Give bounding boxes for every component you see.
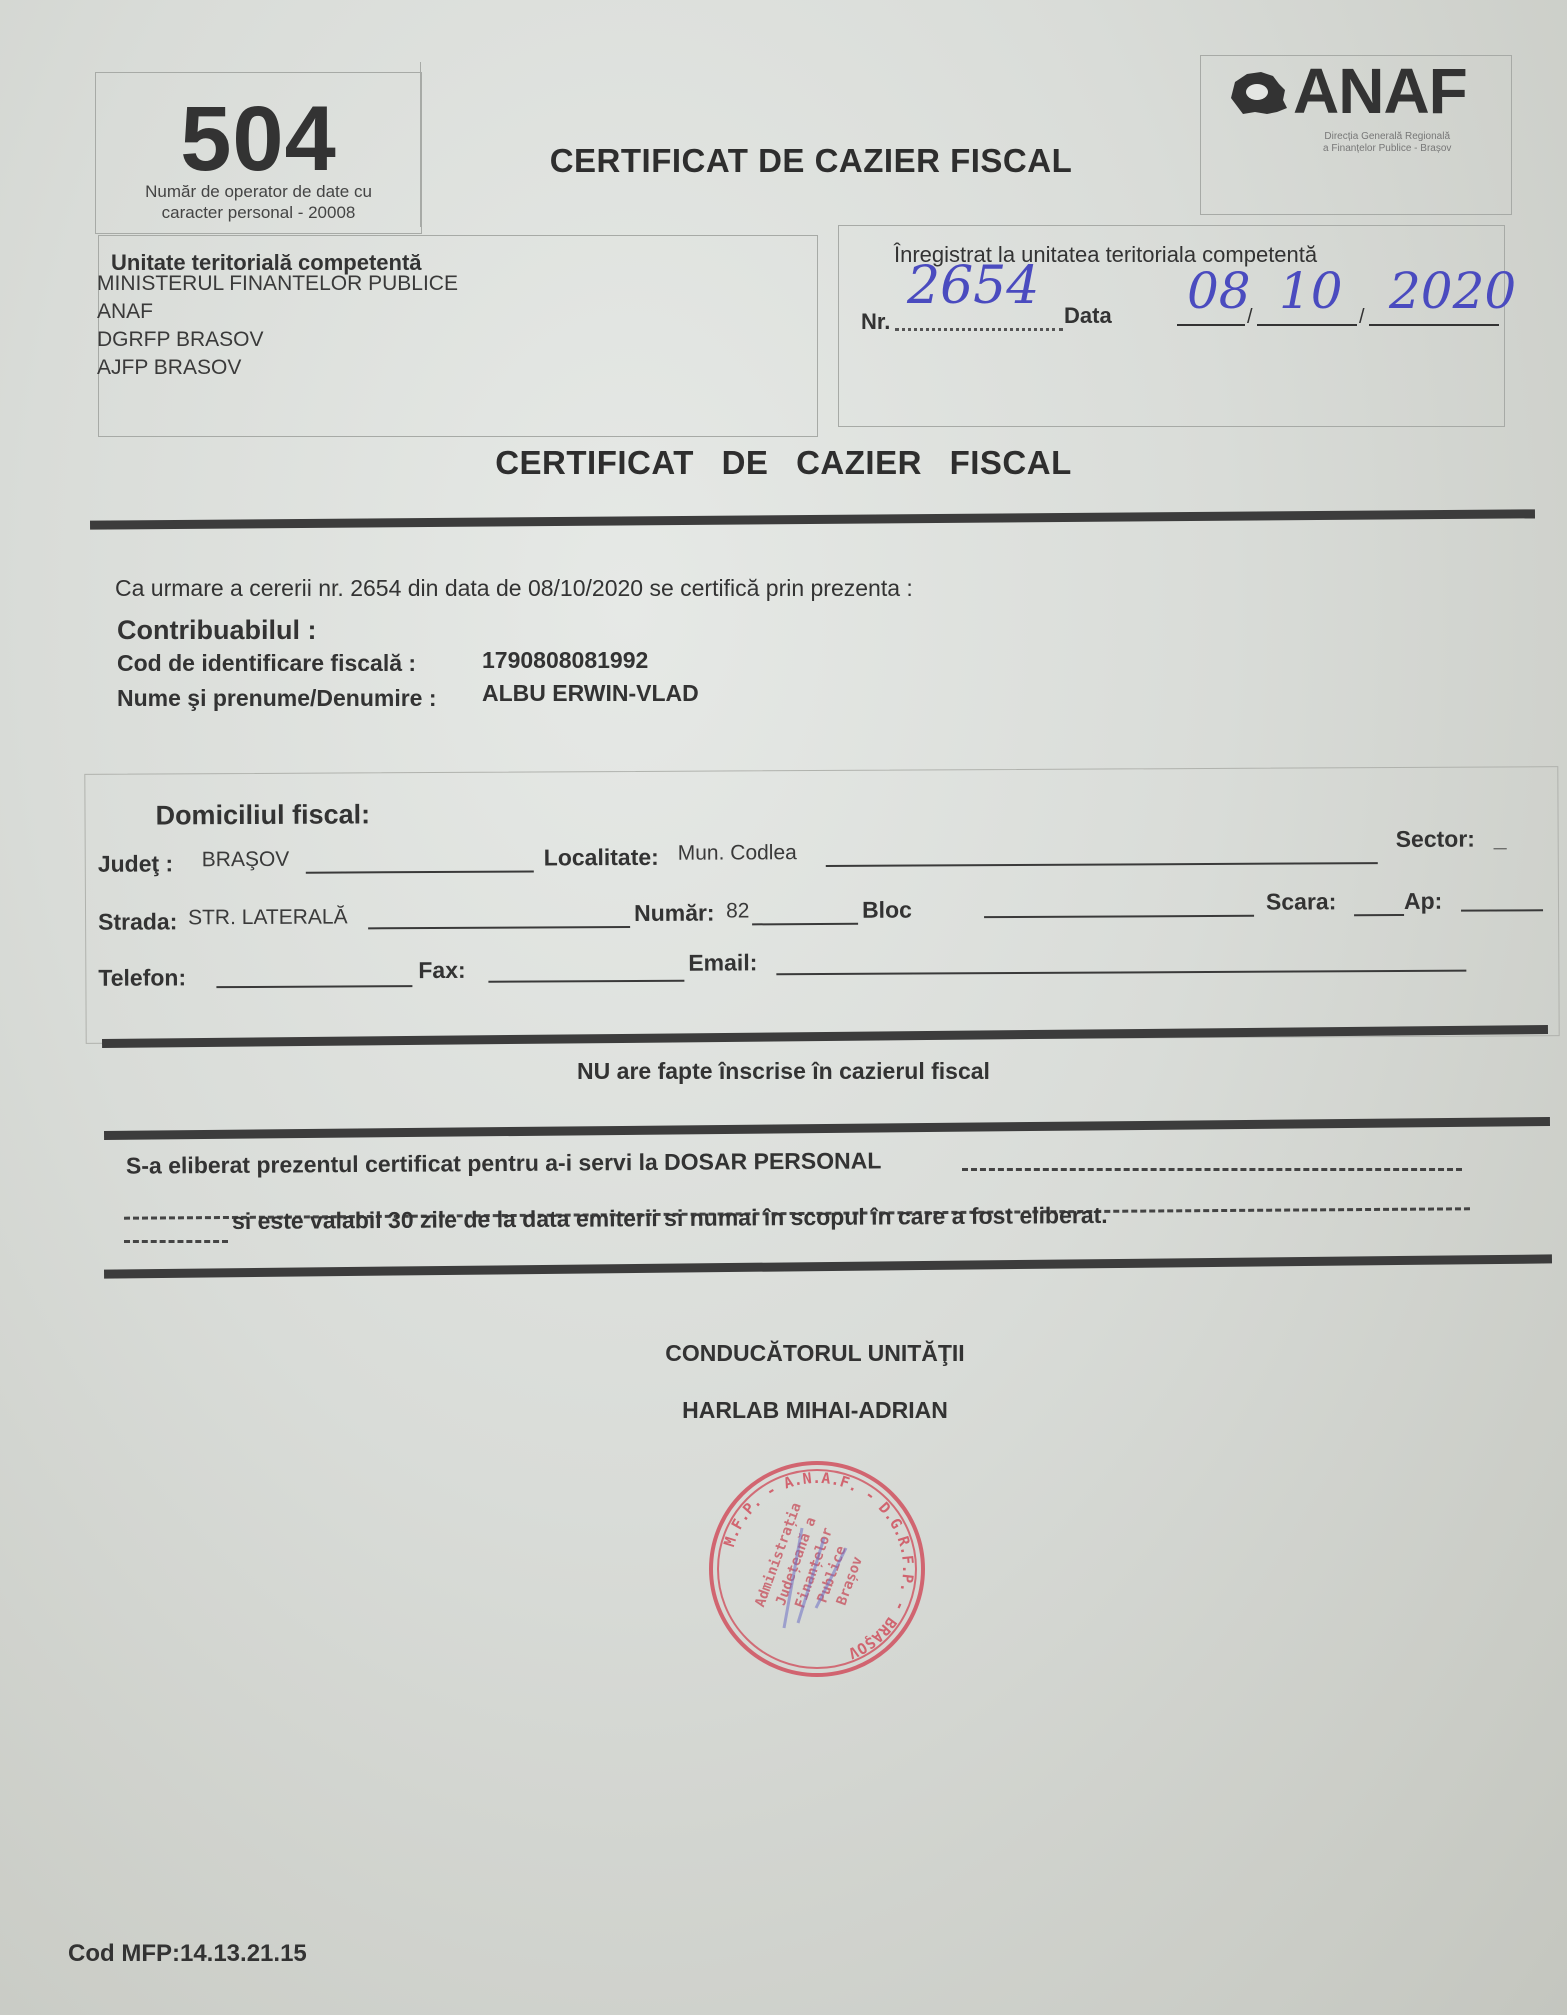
sector-label: Sector:: [1396, 826, 1475, 853]
unit-line: AJFP BRASOV: [97, 356, 241, 380]
divider-bar: [104, 1117, 1550, 1140]
strada-line: [368, 926, 630, 929]
registration-date-label: Data: [1064, 303, 1112, 329]
official-stamp-icon: M.F.P. - A.N.A.F. - D.G.R.F.P. - BRAŞOV …: [706, 1458, 928, 1680]
taxpayer-name-label: Nume şi prenume/Denumire :: [117, 685, 437, 712]
divider-bar: [104, 1254, 1552, 1278]
judet-label: Judeţ :: [98, 850, 174, 877]
scara-label: Scara:: [1266, 888, 1336, 915]
anaf-logo-subtitle: Direcția Generală Regională a Finanțelor…: [1323, 131, 1451, 155]
fax-label: Fax:: [418, 957, 465, 984]
header-title-box: CERTIFICAT DE CAZIER FISCAL: [420, 62, 1201, 227]
logo-subtitle-line1: Direcția Generală Regională: [1323, 131, 1451, 143]
bloc-line: [984, 915, 1254, 918]
numar-line: [752, 923, 858, 926]
registration-date-day-handwritten: 08: [1187, 262, 1251, 320]
date-month-line: [1257, 322, 1357, 326]
registration-nr-label: Nr.: [861, 309, 890, 335]
numar-label: Număr:: [634, 900, 715, 927]
certificate-title: CERTIFICAT DE CAZIER FISCAL: [0, 444, 1567, 482]
operator-caption: Număr de operator de date cu caracter pe…: [96, 181, 421, 223]
anaf-logo-box: ANAF Direcția Generală Regională a Finan…: [1200, 55, 1512, 215]
judet-line: [306, 871, 534, 874]
fax-line: [488, 980, 684, 983]
registration-nr-handwritten: 2654: [907, 256, 1039, 316]
unit-line: ANAF: [97, 300, 153, 324]
purpose-line-2: si este valabil 30 zile de la data emite…: [232, 1202, 1108, 1235]
operator-caption-line1: Număr de operator de date cu: [96, 181, 421, 202]
operator-number: 504: [96, 87, 421, 192]
purpose-line-1: S-a eliberat prezentul certificat pentru…: [126, 1147, 882, 1179]
strada-label: Strada:: [98, 908, 177, 935]
request-statement: Ca urmare a cererii nr. 2654 din data de…: [115, 575, 913, 602]
ap-label: Ap:: [1404, 888, 1442, 915]
unit-line: DGRFP BRASOV: [97, 328, 263, 352]
numar-value: 82: [726, 899, 749, 923]
taxpayer-name-value: ALBU ERWIN-VLAD: [482, 680, 699, 707]
signatory-name: HARLAB MIHAI-ADRIAN: [0, 1397, 1567, 1424]
localitate-label: Localitate:: [544, 844, 659, 872]
divider-bar: [90, 509, 1535, 529]
contributor-title: Contribuabilul :: [117, 615, 316, 646]
operator-number-box: 504 Număr de operator de date cu caracte…: [95, 72, 422, 234]
date-day-line: [1177, 322, 1245, 326]
ap-line: [1461, 909, 1543, 911]
anaf-logo-text: ANAF: [1293, 54, 1467, 128]
telefon-line: [216, 985, 412, 988]
email-label: Email:: [688, 949, 757, 976]
date-separator: /: [1359, 306, 1365, 329]
localitate-value: Mun. Codlea: [678, 841, 797, 866]
fiscal-domicile-box: Domiciliul fiscal: Judeţ : BRAŞOV Locali…: [84, 766, 1559, 1044]
registration-date-month-handwritten: 10: [1279, 262, 1343, 320]
registration-date-year-handwritten: 2020: [1389, 262, 1516, 320]
strada-value: STR. LATERALĂ: [188, 905, 348, 930]
operator-caption-line2: caracter personal - 20008: [96, 202, 421, 223]
cif-label: Cod de identificare fiscală :: [117, 650, 416, 677]
romania-map-icon: [1227, 68, 1289, 120]
purpose-dash-fill: [962, 1168, 1462, 1171]
sector-value: _: [1494, 825, 1507, 852]
fiscal-domicile-title: Domiciliul fiscal:: [155, 799, 370, 831]
cif-value: 1790808081992: [482, 647, 648, 674]
header-title: CERTIFICAT DE CAZIER FISCAL: [421, 142, 1201, 180]
registration-box: Înregistrat la unitatea teritoriala comp…: [838, 225, 1505, 427]
judet-value: BRAŞOV: [202, 848, 290, 872]
logo-subtitle-line2: a Finanțelor Publice - Brașov: [1323, 143, 1451, 155]
unit-line: MINISTERUL FINANTELOR PUBLICE: [97, 272, 458, 296]
mfp-code: Cod MFP:14.13.21.15: [68, 1940, 307, 1968]
date-year-line: [1369, 322, 1499, 326]
scara-line: [1354, 914, 1404, 916]
bloc-label: Bloc: [862, 897, 912, 924]
fiscal-record-status: NU are fapte înscrise în cazierul fiscal: [0, 1058, 1567, 1085]
signatory-role: CONDUCĂTORUL UNITĂŢII: [0, 1340, 1567, 1367]
telefon-label: Telefon:: [98, 964, 186, 991]
localitate-line: [826, 862, 1378, 867]
email-line: [776, 970, 1466, 976]
purpose-dash-fill: [124, 1240, 228, 1243]
territorial-unit-box: Unitate teritorială competentă MINISTERU…: [98, 235, 818, 437]
